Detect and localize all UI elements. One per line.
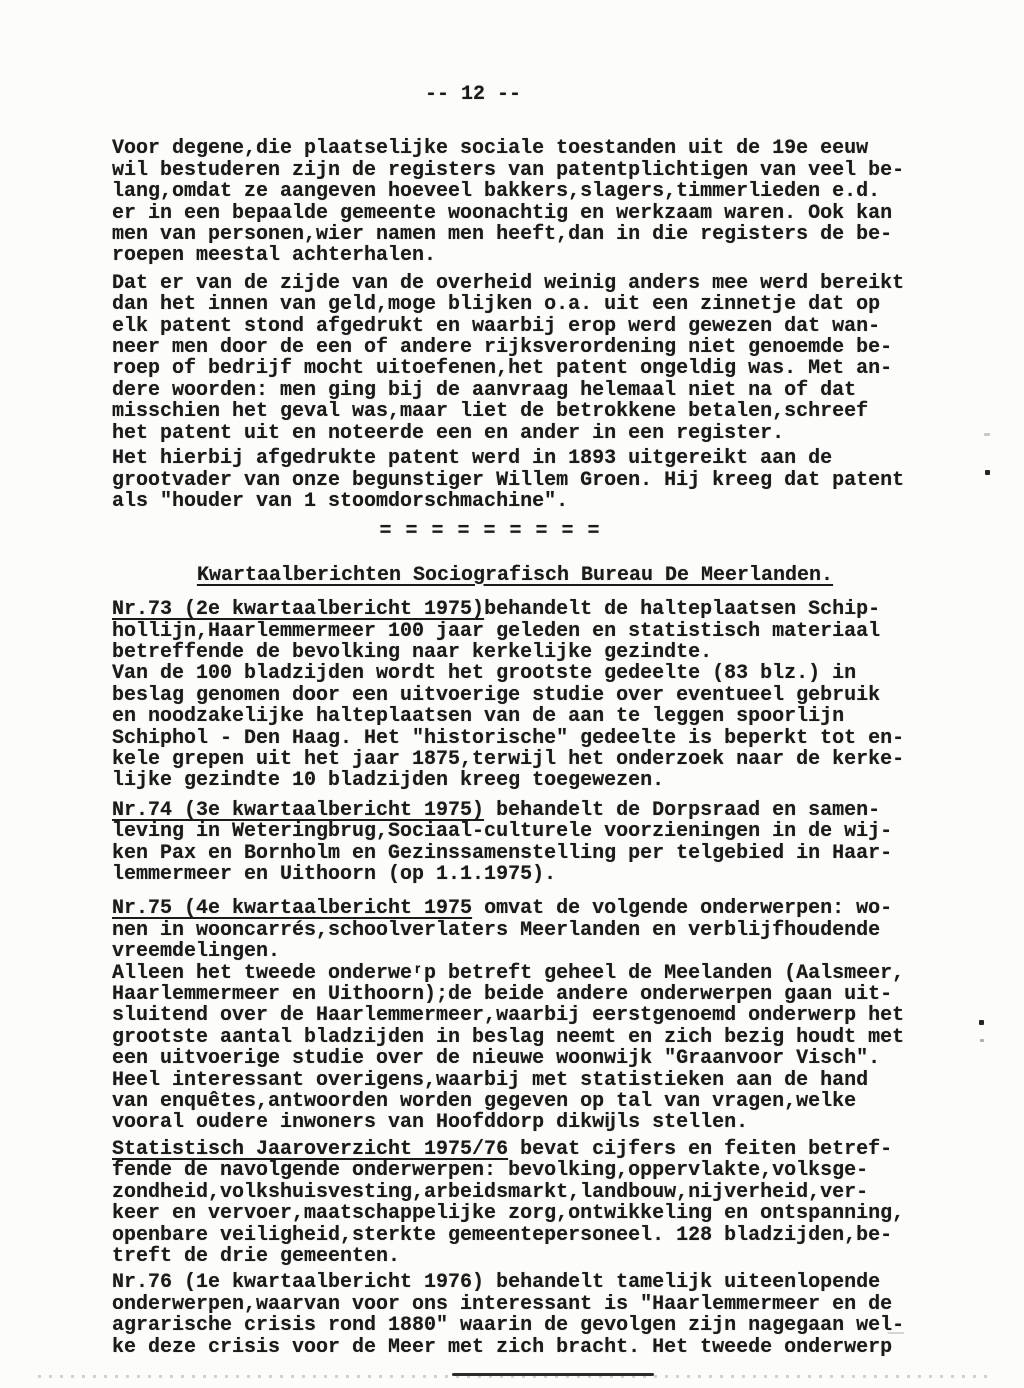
paragraph-kwartaalbericht-76: Nr.76 (1e kwartaalbericht 1976) behandel…	[112, 1272, 924, 1358]
section-heading: Kwartaalberichten Sociografisch Bureau D…	[112, 565, 918, 586]
scan-artifact-dot	[984, 433, 990, 436]
kwartaalbericht-74-title: Nr.74 (3e kwartaalbericht 1975)	[112, 799, 484, 822]
paragraph-patent-registers-intro: Voor degene,die plaatselijke sociale toe…	[112, 138, 924, 266]
section-heading-text: Kwartaalberichten Sociografisch Bureau D…	[197, 564, 833, 587]
paragraph-kwartaalbericht-73: Nr.73 (2e kwartaalbericht 1975)behandelt…	[112, 599, 924, 792]
paragraph-statistisch-jaaroverzicht: Statistisch Jaaroverzicht 1975/76 bevat …	[112, 1139, 924, 1267]
kwartaalbericht-75-title: Nr.75 (4e kwartaalbericht 1975	[112, 897, 472, 920]
kwartaalbericht-73-body: behandelt de halteplaatsen Schip- hollij…	[112, 598, 904, 792]
scan-artifact-dot	[980, 1039, 984, 1042]
scan-artifact-speck	[888, 1332, 904, 1334]
scanned-document-page: -- 12 -- Voor degene,die plaatselijke so…	[0, 0, 1024, 1388]
section-divider: = = = = = = = = =	[112, 521, 868, 542]
paragraph-overheid-geld: Dat er van de zijde van de overheid wein…	[112, 273, 924, 444]
paragraph-kwartaalbericht-74: Nr.74 (3e kwartaalbericht 1975) behandel…	[112, 800, 924, 886]
paragraph-kwartaalbericht-75: Nr.75 (4e kwartaalbericht 1975 omvat de …	[112, 898, 924, 1133]
scan-artifact-dot	[985, 470, 990, 475]
scan-artifact-dot	[979, 1020, 984, 1025]
scan-artifact-bottom-line-dark	[452, 1373, 654, 1376]
kwartaalbericht-73-title: Nr.73 (2e kwartaalbericht 1975)	[112, 598, 484, 621]
text-block: -- 12 -- Voor degene,die plaatselijke so…	[112, 84, 924, 1358]
paragraph-patent-1893-willem-groen: Het hierbij afgedrukte patent werd in 18…	[112, 448, 924, 512]
page-number: -- 12 --	[425, 84, 924, 105]
kwartaalbericht-75-body: omvat de volgende onderwerpen: wo- nen i…	[112, 897, 904, 1134]
jaaroverzicht-title: Statistisch Jaaroverzicht 1975/76	[112, 1138, 508, 1161]
